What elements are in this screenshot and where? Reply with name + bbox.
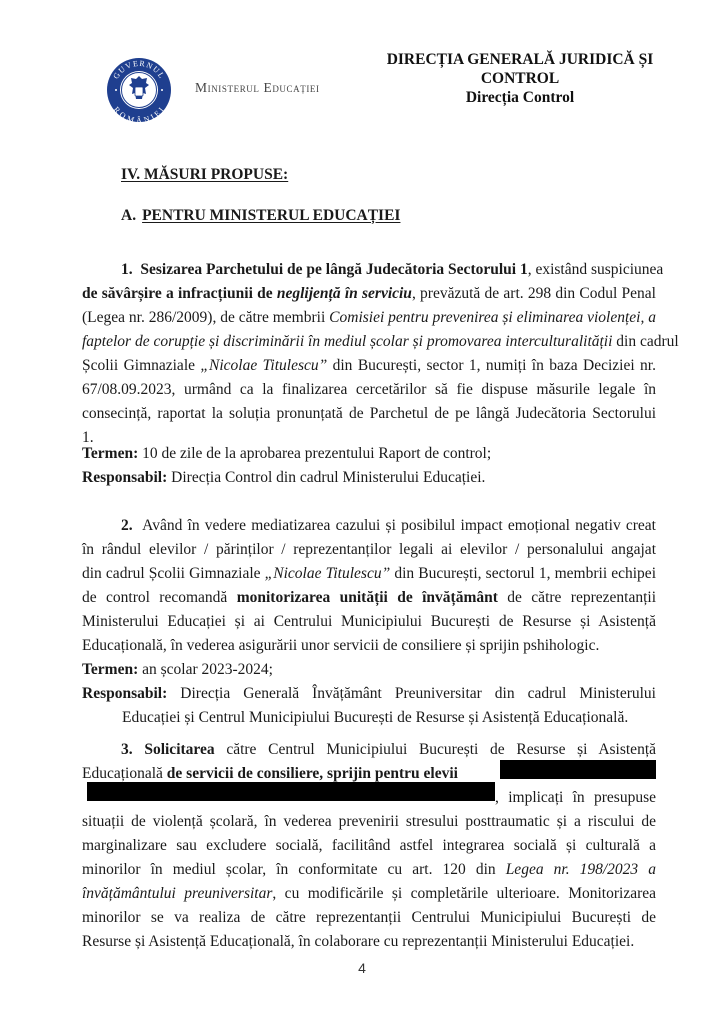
paragraph-line: Resurse și Asistență Educațională, în co… [82, 932, 656, 952]
subsection-title: PENTRU MINISTERUL EDUCAȚIEI [142, 207, 400, 224]
paragraph-line: de săvârșire a infracțiunii de neglijenț… [82, 284, 656, 304]
government-of-romania-seal-icon: GUVERNUL ROMÂNIEI [106, 57, 172, 123]
redacted-block [500, 760, 656, 779]
paragraph-line: din cadrul Școlii Gimnaziale „Nicolae Ti… [82, 564, 656, 584]
paragraph-line: în rândul elevilor / părinților / reprez… [82, 540, 656, 560]
redacted-block [87, 782, 495, 801]
paragraph-line: 2. Având în vedere mediatizarea cazului … [121, 516, 656, 536]
paragraph-line: marginalizare sau excludere socială, fac… [82, 836, 656, 856]
department-header: DIRECȚIA GENERALĂ JURIDICĂ ȘI CONTROL Di… [380, 50, 660, 107]
department-line-2: CONTROL [380, 69, 660, 88]
department-line-1: DIRECȚIA GENERALĂ JURIDICĂ ȘI [380, 50, 660, 69]
paragraph-line: Educațională, în vederea asigurării unor… [82, 636, 656, 656]
subsection-marker: A. [121, 207, 136, 224]
label-line: Responsabil: Direcția Generală Învățămân… [82, 684, 656, 704]
label-line: Responsabil: Direcția Control din cadrul… [82, 468, 656, 488]
paragraph-line: învățământului preuniversitar, cu modifi… [82, 884, 656, 904]
label-line: Termen: 10 de zile de la aprobarea preze… [82, 444, 656, 464]
paragraph-line: Școlii Gimnaziale „Nicolae Titulescu” di… [82, 356, 656, 376]
paragraph-line: 67/08.09.2023, urmând ca la finalizarea … [82, 380, 656, 400]
ministry-name: Ministerul Educației [195, 80, 320, 96]
paragraph-line: minorilor în mediul școlar, în conformit… [82, 860, 656, 880]
paragraph-line: faptelor de corupție și discriminării în… [82, 332, 656, 352]
subsection-heading: A.PENTRU MINISTERUL EDUCAȚIEI [121, 207, 400, 225]
label-line: Educației și Centrul Municipiului Bucure… [122, 708, 656, 728]
paragraph-line: Ministerului Educației și ai Centrului M… [82, 612, 656, 632]
paragraph-line: de control recomandă monitorizarea unită… [82, 588, 656, 608]
paragraph-line: 1. Sesizarea Parchetului de pe lângă Jud… [121, 260, 656, 280]
paragraph-line: situații de violență școlară, în vederea… [82, 812, 656, 832]
document-page: GUVERNUL ROMÂNIEI Ministerul Educației D… [0, 0, 724, 1024]
paragraph-line: , implicați în presupuse [495, 788, 656, 808]
section-title: IV. MĂSURI PROPUSE: [121, 166, 288, 184]
paragraph-line: minorilor se va realiza de către repreze… [82, 908, 656, 928]
paragraph-line: (Legea nr. 286/2009), de către membrii C… [82, 308, 656, 328]
paragraph-line: 3. Solicitarea către Centrul Municipiulu… [121, 740, 656, 760]
page-number: 4 [0, 960, 724, 976]
label-line: Termen: an școlar 2023-2024; [82, 660, 656, 680]
department-line-3: Direcția Control [380, 88, 660, 107]
paragraph-line: consecință, raportat la soluția pronunța… [82, 404, 656, 424]
